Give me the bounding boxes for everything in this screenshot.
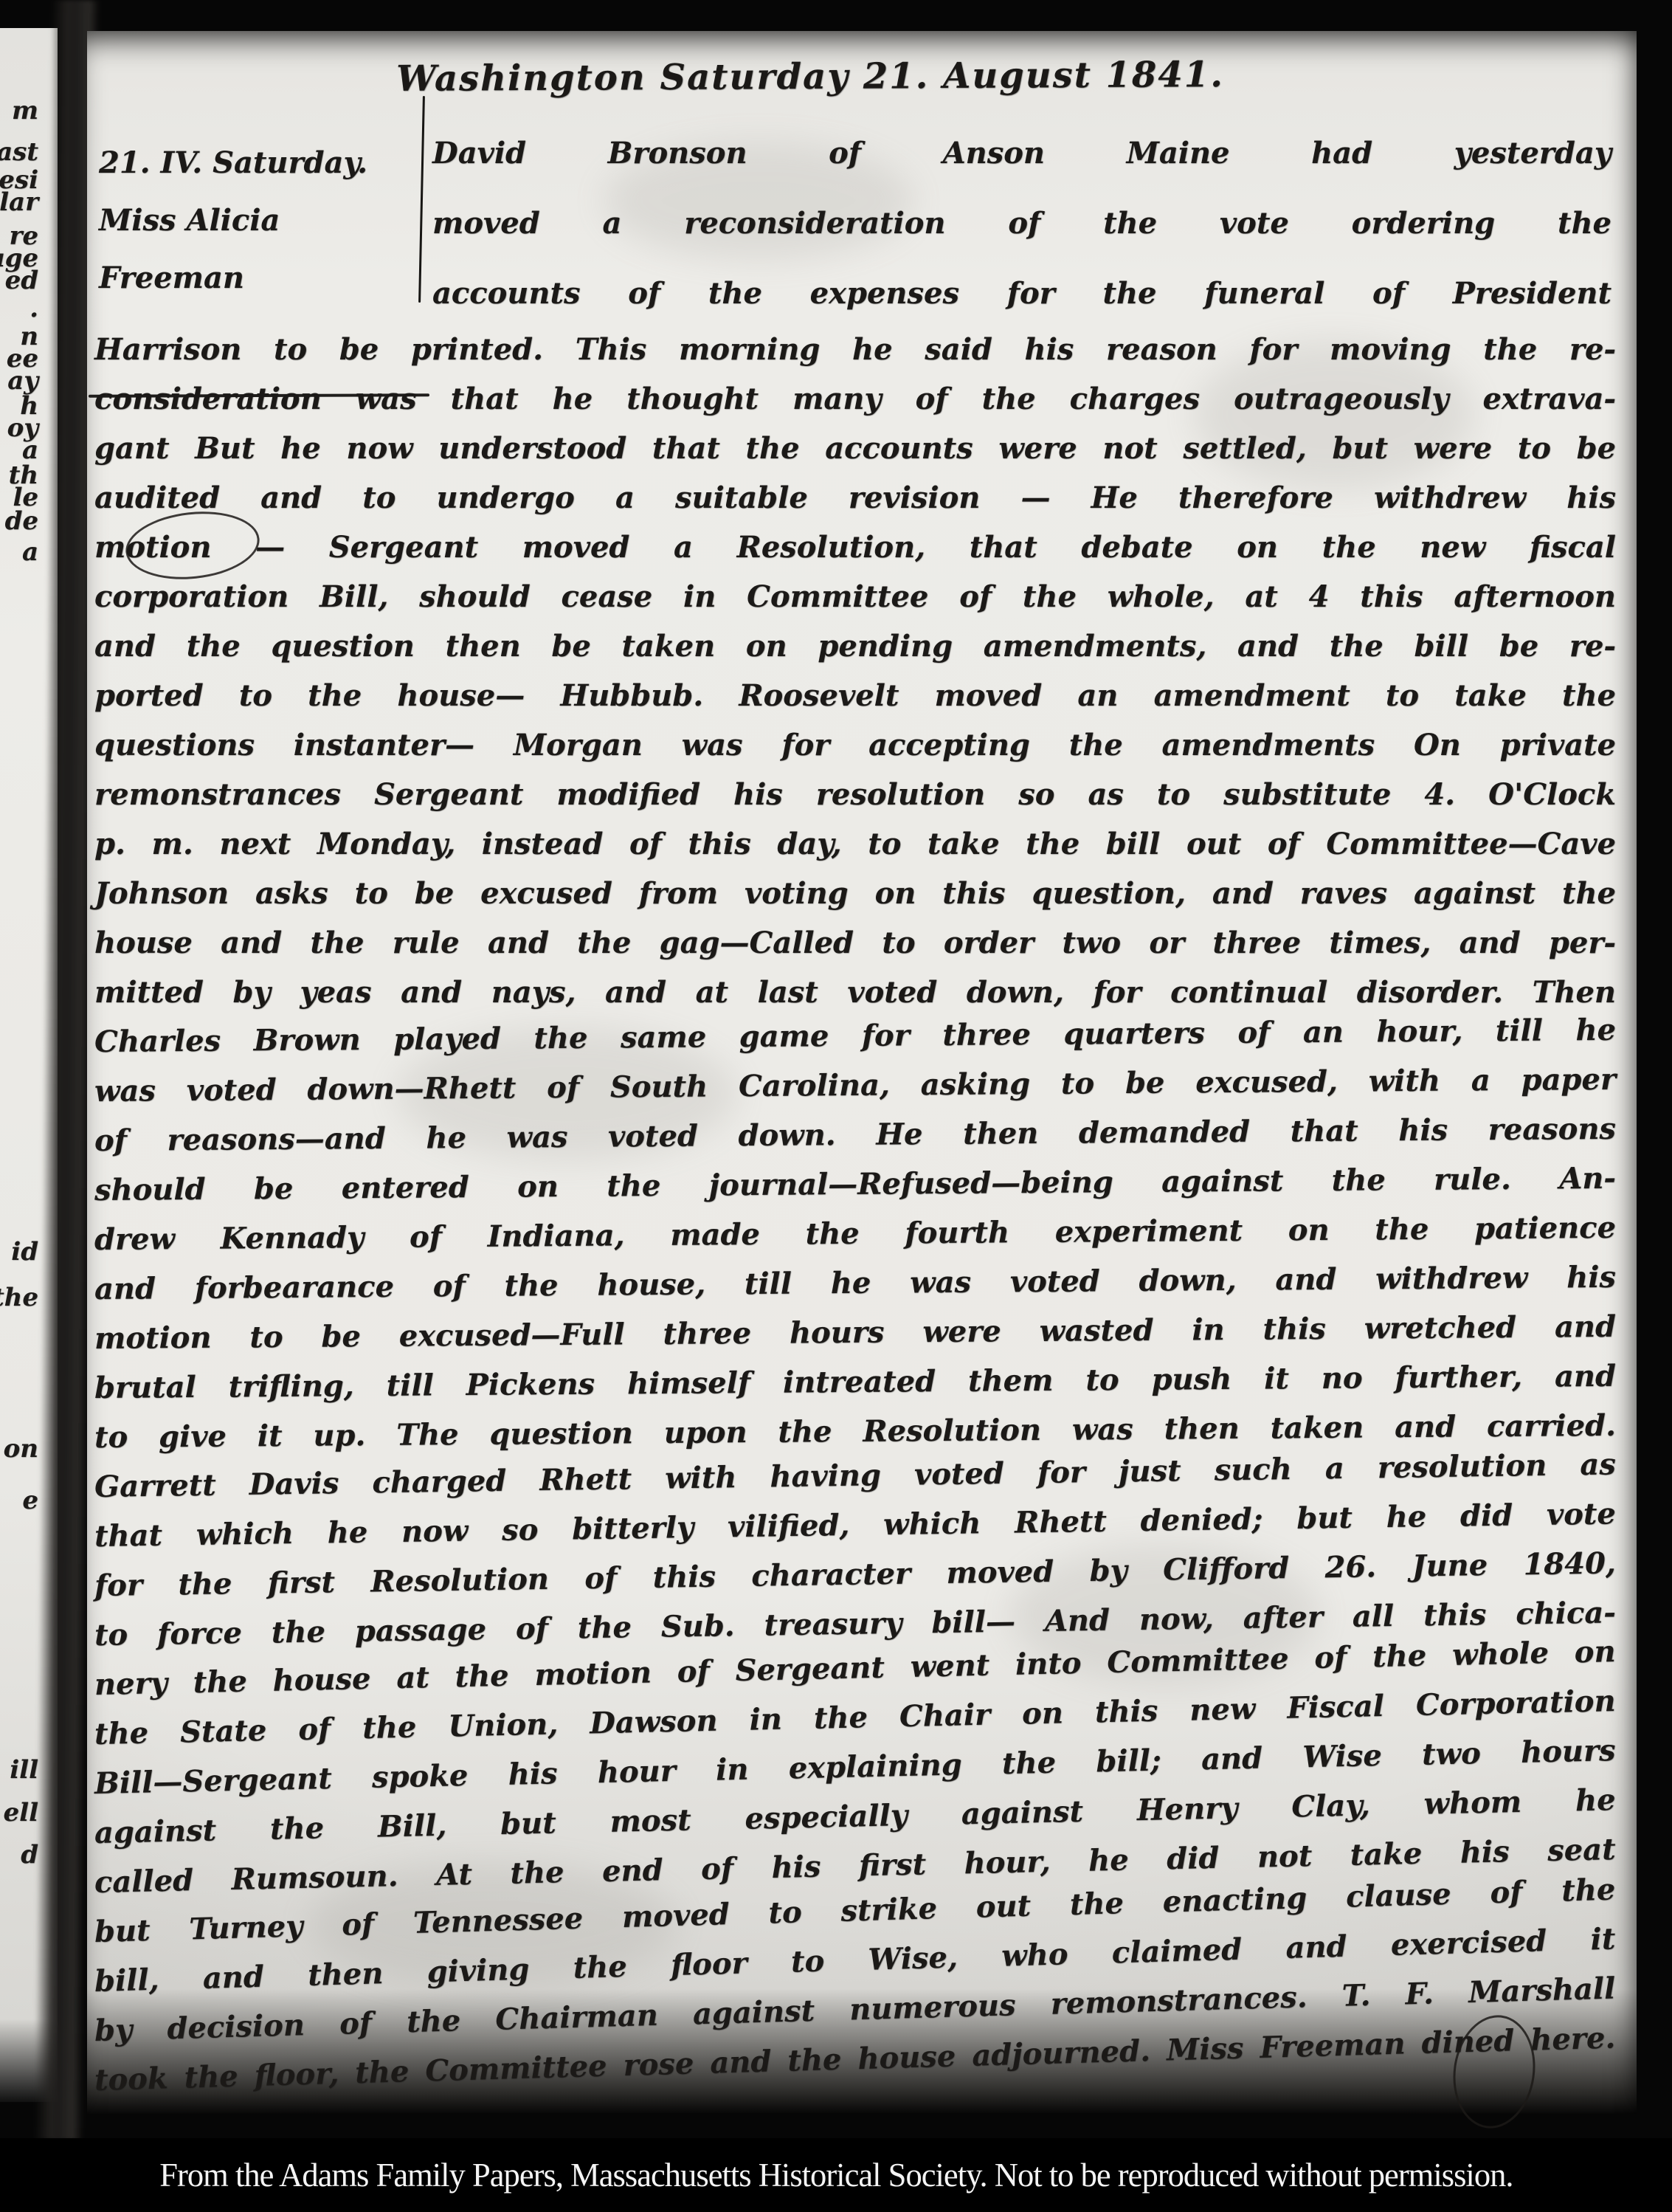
manuscript-line: Harrison to be printed. This morning he … xyxy=(94,325,1616,374)
margin-date: 21. IV. Saturday. xyxy=(99,134,416,192)
diary-page: Washington Saturday 21. August 1841. 21.… xyxy=(87,31,1637,2114)
facing-page-text-fragment: ell xyxy=(4,1798,38,1827)
entry-dateline: Washington Saturday 21. August 1841. xyxy=(87,52,1533,101)
facing-page-text-fragment: a xyxy=(22,537,38,567)
manuscript-line: house and the rule and the gag—Called to… xyxy=(94,918,1616,968)
facing-page-text-fragment: on xyxy=(4,1434,38,1464)
margin-visitor: Miss Alicia Freeman xyxy=(99,192,416,307)
manuscript-line: moved a reconsideration of the vote orde… xyxy=(432,188,1611,258)
facing-page-text-fragment: e xyxy=(22,1486,38,1515)
margin-notes: 21. IV. Saturday. Miss Alicia Freeman xyxy=(99,134,416,307)
manuscript-line: gant But he now understood that the acco… xyxy=(94,424,1616,473)
manuscript-line: ported to the house— Hubbub. Roosevelt m… xyxy=(94,671,1616,720)
manuscript-line: David Bronson of Anson Maine had yesterd… xyxy=(432,118,1611,188)
manuscript-line: and the question then be taken on pendin… xyxy=(94,621,1616,671)
facing-page-text-fragment: lar xyxy=(0,187,38,217)
manuscript-line: consideration was that he thought many o… xyxy=(94,374,1616,424)
facing-page-text-fragment: m xyxy=(12,96,38,125)
facing-page-text-fragment: ill xyxy=(10,1755,38,1785)
manuscript-scan: mlastesilarreougeed.neeayhoyathledeaidth… xyxy=(0,0,1672,2212)
manuscript-line: Johnson asks to be excused from voting o… xyxy=(94,869,1616,918)
facing-page-text-fragment: d xyxy=(21,1840,38,1870)
entry-opening-lines: David Bronson of Anson Maine had yesterd… xyxy=(432,118,1611,328)
archive-caption-bar: From the Adams Family Papers, Massachuse… xyxy=(0,2138,1672,2212)
facing-page-text-fragment: . xyxy=(30,294,38,323)
manuscript-line: questions instanter— Morgan was for acce… xyxy=(94,720,1616,770)
manuscript-line: audited and to undergo a suitable revisi… xyxy=(94,473,1616,523)
facing-page-text-fragment: the xyxy=(0,1283,38,1312)
facing-page-text-fragment: de xyxy=(5,506,38,536)
facing-page-text-fragment: last xyxy=(0,137,38,167)
manuscript-line: accounts of the expenses for the funeral… xyxy=(432,258,1611,328)
facing-page-text-fragment: id xyxy=(11,1237,38,1267)
manuscript-line: p. m. next Monday, instead of this day, … xyxy=(94,819,1616,869)
manuscript-line: corporation Bill, should cease in Commit… xyxy=(94,572,1616,621)
facing-page-text-fragment: ed xyxy=(5,266,38,295)
manuscript-line: motion — Sergeant moved a Resolution, th… xyxy=(94,523,1616,572)
archive-caption-text: From the Adams Family Papers, Massachuse… xyxy=(159,2156,1513,2194)
manuscript-line: remonstrances Sergeant modified his reso… xyxy=(94,770,1616,819)
margin-divider-line xyxy=(418,96,425,303)
entry-body-lines: Harrison to be printed. This morning he … xyxy=(94,325,1616,2105)
